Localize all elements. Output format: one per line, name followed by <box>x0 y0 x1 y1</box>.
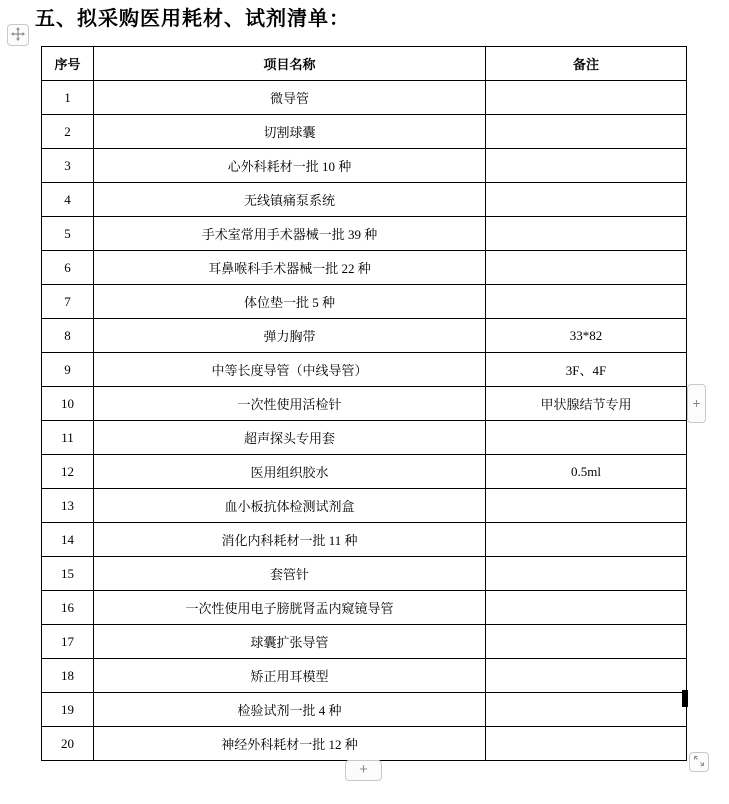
table-move-handle[interactable] <box>7 24 29 46</box>
item-name-cell[interactable]: 心外科耗材一批 10 种 <box>94 149 486 183</box>
page-title[interactable]: 五、拟采购医用耗材、试剂清单： <box>35 4 350 34</box>
remark-cell[interactable] <box>486 251 687 285</box>
row-number-cell[interactable]: 7 <box>42 285 94 319</box>
table-row: 8 弹力胸带 33*82 <box>42 319 687 353</box>
remark-cell[interactable] <box>486 421 687 455</box>
row-number-cell[interactable]: 1 <box>42 81 94 115</box>
table-row: 6 耳鼻喉科手术器械一批 22 种 <box>42 251 687 285</box>
remark-cell[interactable]: 3F、4F <box>486 353 687 387</box>
row-number-cell[interactable]: 19 <box>42 693 94 727</box>
row-number-cell[interactable]: 10 <box>42 387 94 421</box>
remark-cell[interactable] <box>486 285 687 319</box>
remark-cell[interactable] <box>486 693 687 727</box>
remark-cell[interactable] <box>486 489 687 523</box>
item-name-cell[interactable]: 消化内科耗材一批 11 种 <box>94 523 486 557</box>
table-row: 7 体位垫一批 5 种 <box>42 285 687 319</box>
table-row: 18 矫正用耳模型 <box>42 659 687 693</box>
item-name-cell[interactable]: 体位垫一批 5 种 <box>94 285 486 319</box>
table-row: 14 消化内科耗材一批 11 种 <box>42 523 687 557</box>
item-name-cell[interactable]: 耳鼻喉科手术器械一批 22 种 <box>94 251 486 285</box>
item-name-cell[interactable]: 弹力胸带 <box>94 319 486 353</box>
resize-diagonal-icon <box>693 755 705 770</box>
row-number-cell[interactable]: 9 <box>42 353 94 387</box>
table-row: 4 无线镇痛泵系统 <box>42 183 687 217</box>
row-number-cell[interactable]: 4 <box>42 183 94 217</box>
item-name-cell[interactable]: 切割球囊 <box>94 115 486 149</box>
item-name-cell[interactable]: 神经外科耗材一批 12 种 <box>94 727 486 761</box>
table-row: 20 神经外科耗材一批 12 种 <box>42 727 687 761</box>
table-row: 15 套管针 <box>42 557 687 591</box>
plus-icon: + <box>692 396 700 410</box>
table-row: 9 中等长度导管（中线导管） 3F、4F <box>42 353 687 387</box>
table-body: 1 微导管 2 切割球囊 3 心外科耗材一批 10 种 4 无线镇痛泵系统 5 … <box>42 81 687 761</box>
remark-cell[interactable]: 甲状腺结节专用 <box>486 387 687 421</box>
item-name-cell[interactable]: 检验试剂一批 4 种 <box>94 693 486 727</box>
item-name-cell[interactable]: 血小板抗体检测试剂盒 <box>94 489 486 523</box>
table-row: 10 一次性使用活检针 甲状腺结节专用 <box>42 387 687 421</box>
row-number-cell[interactable]: 11 <box>42 421 94 455</box>
remark-cell[interactable] <box>486 659 687 693</box>
add-row-button[interactable]: + <box>345 760 382 781</box>
item-name-cell[interactable]: 球囊扩张导管 <box>94 625 486 659</box>
row-number-cell[interactable]: 13 <box>42 489 94 523</box>
plus-icon: + <box>359 762 368 777</box>
remark-cell[interactable] <box>486 81 687 115</box>
item-name-cell[interactable]: 微导管 <box>94 81 486 115</box>
item-name-cell[interactable]: 一次性使用活检针 <box>94 387 486 421</box>
table-row: 3 心外科耗材一批 10 种 <box>42 149 687 183</box>
row-number-cell[interactable]: 17 <box>42 625 94 659</box>
table-row: 13 血小板抗体检测试剂盒 <box>42 489 687 523</box>
table-header-row: 序号 项目名称 备注 <box>42 47 687 81</box>
item-name-cell[interactable]: 医用组织胶水 <box>94 455 486 489</box>
table-resize-handle[interactable] <box>689 752 709 772</box>
row-number-cell[interactable]: 20 <box>42 727 94 761</box>
move-icon <box>11 27 25 44</box>
item-name-cell[interactable]: 矫正用耳模型 <box>94 659 486 693</box>
row-number-cell[interactable]: 16 <box>42 591 94 625</box>
procurement-table: 序号 项目名称 备注 1 微导管 2 切割球囊 3 心外科耗材一批 10 种 4… <box>41 46 687 761</box>
row-number-cell[interactable]: 12 <box>42 455 94 489</box>
row-number-cell[interactable]: 2 <box>42 115 94 149</box>
header-remark[interactable]: 备注 <box>486 47 687 81</box>
remark-cell[interactable]: 33*82 <box>486 319 687 353</box>
item-name-cell[interactable]: 手术室常用手术器械一批 39 种 <box>94 217 486 251</box>
table-row: 12 医用组织胶水 0.5ml <box>42 455 687 489</box>
row-number-cell[interactable]: 8 <box>42 319 94 353</box>
table-row: 11 超声探头专用套 <box>42 421 687 455</box>
table-row: 2 切割球囊 <box>42 115 687 149</box>
table-row: 5 手术室常用手术器械一批 39 种 <box>42 217 687 251</box>
remark-cell[interactable] <box>486 523 687 557</box>
item-name-cell[interactable]: 一次性使用电子膀胱肾盂内窥镜导管 <box>94 591 486 625</box>
remark-cell[interactable] <box>486 149 687 183</box>
table-row: 1 微导管 <box>42 81 687 115</box>
header-item-name[interactable]: 项目名称 <box>94 47 486 81</box>
border-selection-marker <box>682 690 688 707</box>
row-number-cell[interactable]: 18 <box>42 659 94 693</box>
table-row: 17 球囊扩张导管 <box>42 625 687 659</box>
item-name-cell[interactable]: 中等长度导管（中线导管） <box>94 353 486 387</box>
remark-cell[interactable] <box>486 115 687 149</box>
table-row: 16 一次性使用电子膀胱肾盂内窥镜导管 <box>42 591 687 625</box>
item-name-cell[interactable]: 超声探头专用套 <box>94 421 486 455</box>
row-number-cell[interactable]: 3 <box>42 149 94 183</box>
remark-cell[interactable] <box>486 183 687 217</box>
remark-cell[interactable]: 0.5ml <box>486 455 687 489</box>
header-serial-number[interactable]: 序号 <box>42 47 94 81</box>
remark-cell[interactable] <box>486 557 687 591</box>
table-row: 19 检验试剂一批 4 种 <box>42 693 687 727</box>
document-page: { "title": "五、拟采购医用耗材、试剂清单：", "table": {… <box>0 0 729 804</box>
item-name-cell[interactable]: 套管针 <box>94 557 486 591</box>
row-number-cell[interactable]: 15 <box>42 557 94 591</box>
remark-cell[interactable] <box>486 727 687 761</box>
row-number-cell[interactable]: 5 <box>42 217 94 251</box>
add-column-button[interactable]: + <box>687 384 706 423</box>
remark-cell[interactable] <box>486 591 687 625</box>
item-name-cell[interactable]: 无线镇痛泵系统 <box>94 183 486 217</box>
row-number-cell[interactable]: 14 <box>42 523 94 557</box>
remark-cell[interactable] <box>486 625 687 659</box>
row-number-cell[interactable]: 6 <box>42 251 94 285</box>
remark-cell[interactable] <box>486 217 687 251</box>
